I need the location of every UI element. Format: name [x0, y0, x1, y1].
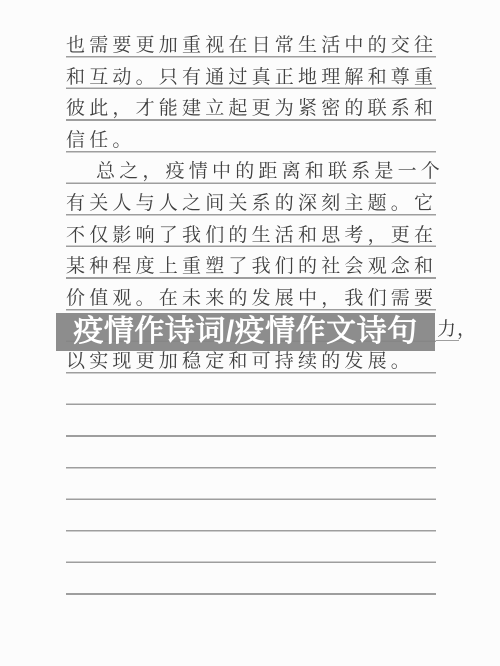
handwritten-line: 也需要更加重视在日常生活中的交往 [66, 32, 440, 58]
notebook-page: 也需要更加重视在日常生活中的交往和互动。只有通过真正地理解和尊重彼此，才能建立起… [0, 0, 500, 666]
handwritten-line: 价值观。在未来的发展中，我们需要 [66, 285, 440, 311]
handwritten-line: 某种程度上重塑了我们的社会观念和 [66, 253, 440, 279]
caption-banner-text: 疫情作诗词/疫情作文诗句 [73, 313, 417, 351]
handwritten-line: 不仅影响了我们的生活和思考，更在 [66, 222, 440, 248]
handwritten-line: 信任。 [66, 127, 440, 153]
handwritten-line: 和互动。只有通过真正地理解和尊重 [66, 64, 440, 90]
handwritten-line: 有关人与人之间关系的深刻主题。它 [66, 190, 440, 216]
caption-banner: 疫情作诗词/疫情作文诗句 [56, 313, 435, 351]
handwritten-line: 彼此，才能建立起更为紧密的联系和 [66, 95, 440, 121]
handwritten-line-fragment: 力， [437, 316, 467, 342]
handwritten-line: 以实现更加稳定和可持续的发展。 [66, 348, 440, 374]
handwritten-line: 总之，疫情中的距离和联系是一个 [66, 158, 470, 184]
